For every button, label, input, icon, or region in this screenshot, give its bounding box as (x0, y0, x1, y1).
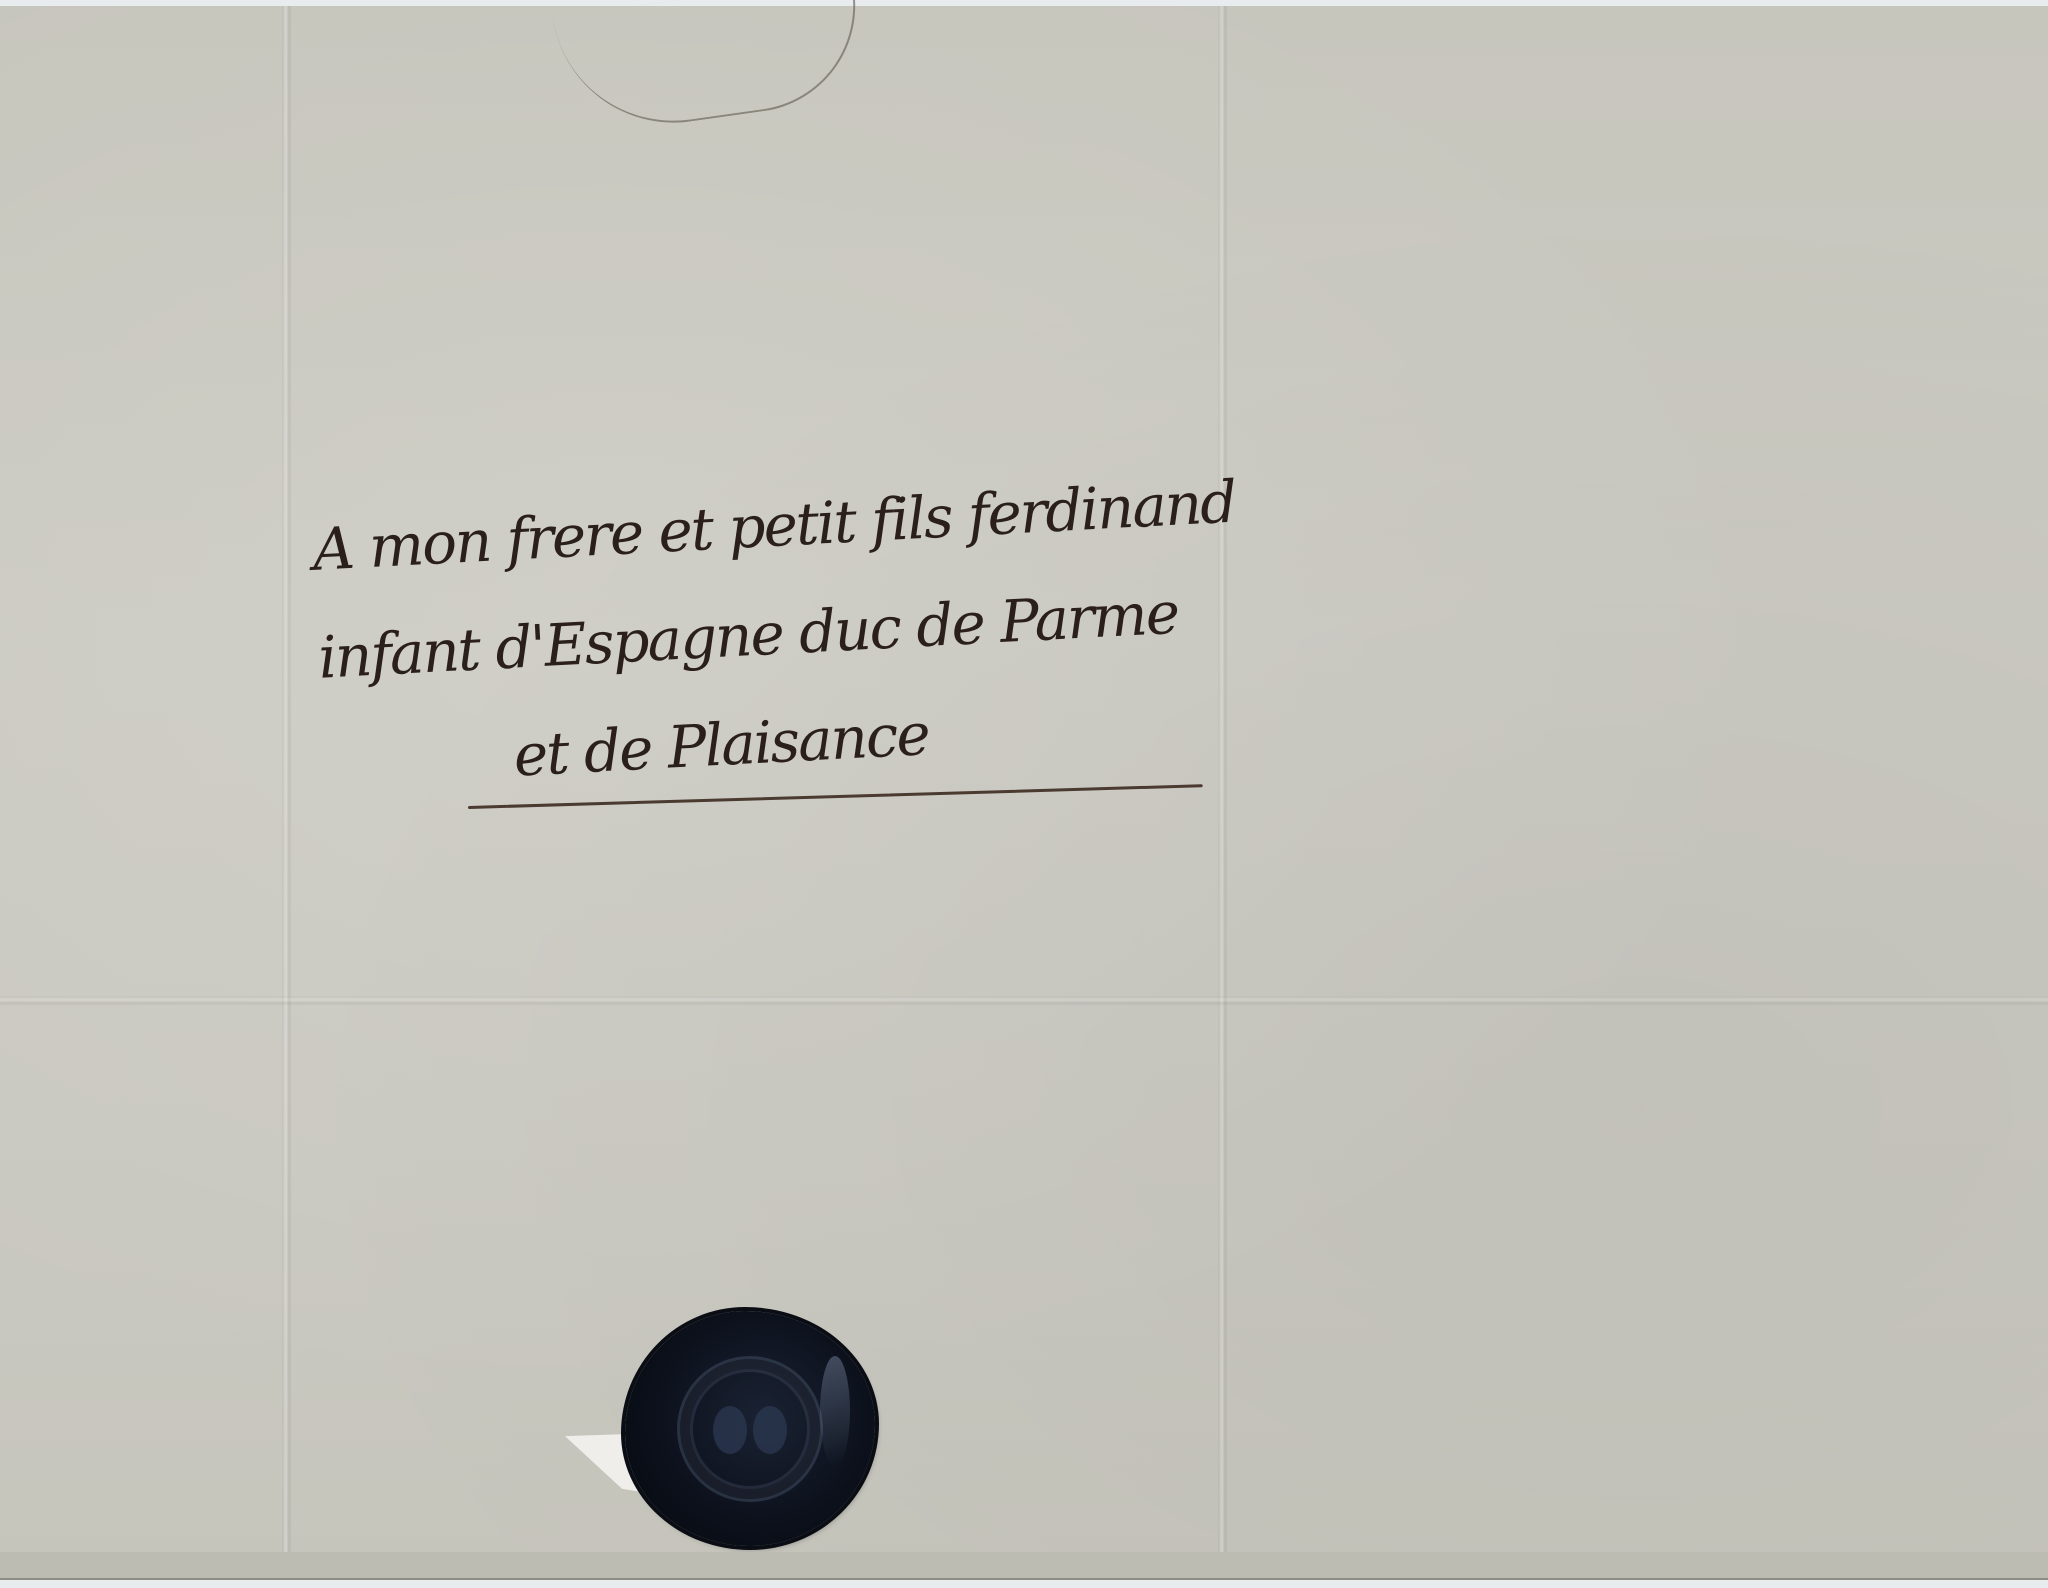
letter-sheet: A mon frere et petit fils ferdinand infa… (0, 6, 2048, 1580)
bottom-edge (0, 1552, 2048, 1580)
torn-edge (553, 0, 869, 138)
fold-line-right (1218, 6, 1228, 1580)
address-block: A mon frere et petit fils ferdinand infa… (310, 448, 1246, 820)
seal-crest-left-icon (713, 1406, 747, 1454)
fold-line-left (282, 6, 292, 1580)
wax-seal-icon (625, 1311, 875, 1546)
wax-seal-area (560, 1291, 880, 1551)
seal-crest-right-icon (753, 1406, 787, 1454)
fold-line-horizontal (0, 996, 2048, 1006)
